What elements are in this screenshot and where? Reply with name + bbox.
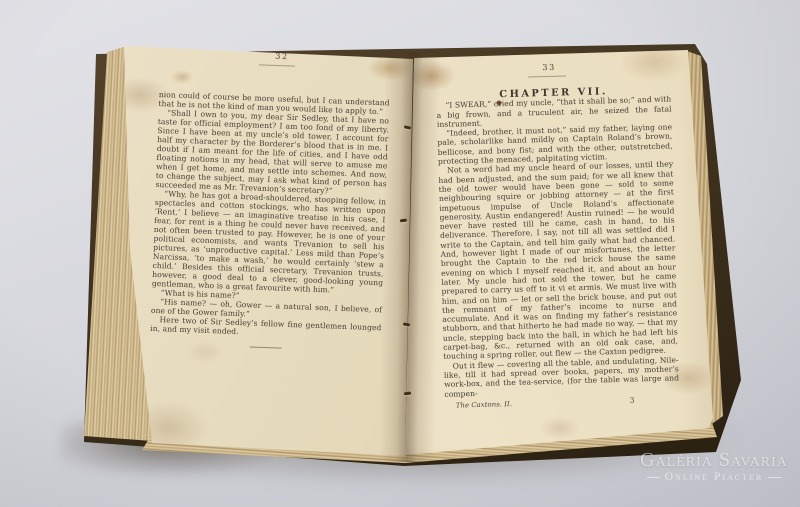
watermark: Galéria Savaria Online Piacter [628, 450, 800, 483]
left-page-number: 32 [262, 50, 302, 61]
right-page-number: 33 [529, 61, 569, 72]
left-page-text: nion could of course be more useful, but… [150, 90, 390, 352]
watermark-title: Galéria Savaria [628, 450, 800, 470]
footer-signature-mark: The Caxtons. II. [456, 400, 513, 411]
right-page-text: CHAPTER VII. “I SWEAR,” cried my uncle, … [436, 85, 680, 411]
paragraph: Out it flew — covering all the table, an… [444, 355, 680, 399]
watermark-subtitle: Online Piacter [665, 471, 763, 483]
watermark-rule [647, 477, 660, 478]
footer-sheet-number: 3 [630, 395, 635, 404]
paragraph: “Why, he has got a broad-shouldered, sto… [152, 189, 386, 296]
paragraph: “Shall I own to you, my dear Sir Sedley,… [155, 108, 389, 197]
book-photo: 32 33 nion could of course be more usefu… [0, 0, 800, 507]
watermark-rule [768, 477, 781, 478]
paragraph: Not a word had my uncle heard of our los… [438, 160, 678, 362]
watermark-subtitle-row: Online Piacter [628, 471, 800, 483]
